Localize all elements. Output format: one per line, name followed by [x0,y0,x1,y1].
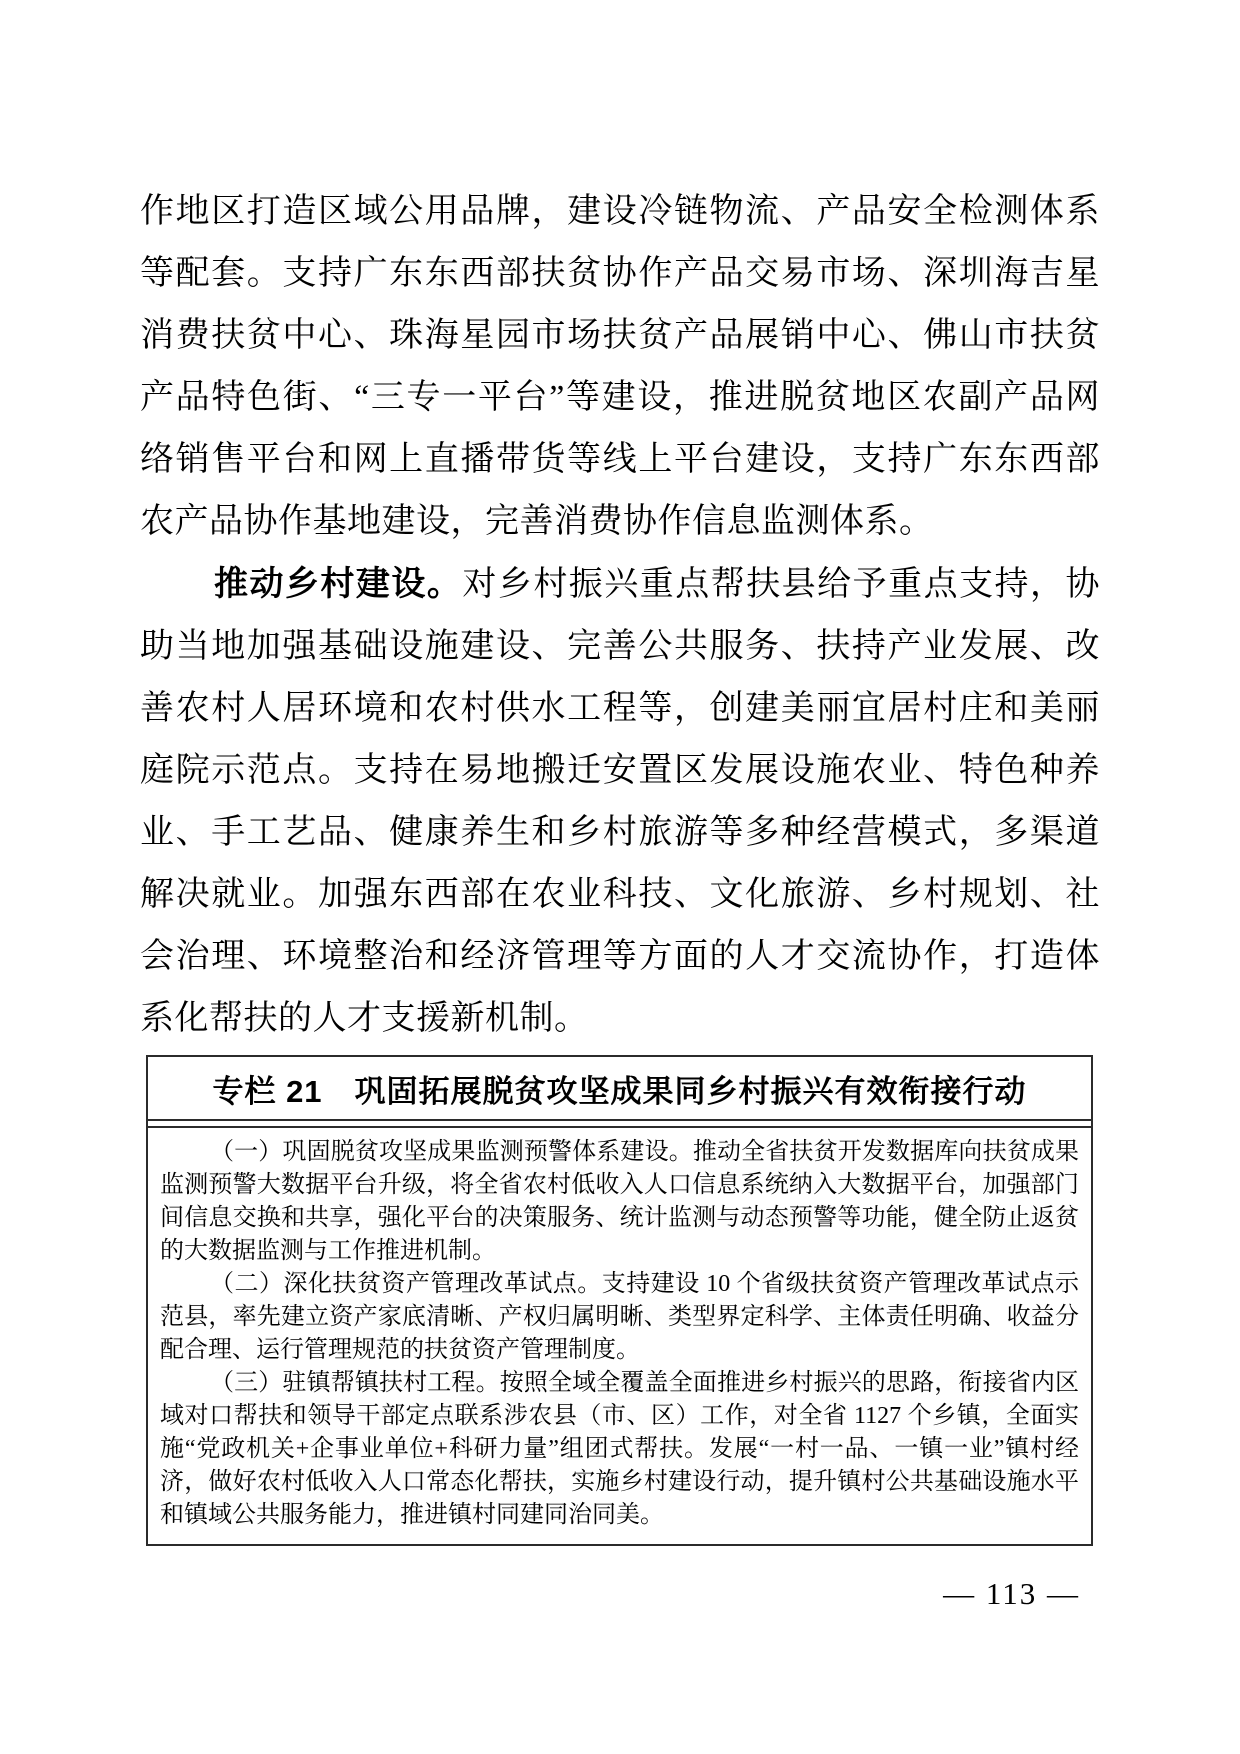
paragraph-body-text: 对乡村振兴重点帮扶县给予重点支持，协助当地加强基础设施建设、完善公共服务、扶持产… [140,566,1100,1037]
document-page: 作地区打造区域公用品牌，建设冷链物流、产品安全检测体系等配套。支持广东东西部扶贫… [0,0,1240,1754]
body-text-block: 作地区打造区域公用品牌，建设冷链物流、产品安全检测体系等配套。支持广东东西部扶贫… [140,181,1100,1050]
paragraph-lead-title: 推动乡村建设。 [214,565,462,603]
panel-item-1: （一）巩固脱贫攻坚成果监测预警体系建设。推动全省扶贫开发数据库向扶贫成果监测预警… [160,1136,1079,1268]
panel-box-21: 专栏 21 巩固拓展脱贫攻坚成果同乡村振兴有效衔接行动 （一）巩固脱贫攻坚成果监… [146,1055,1093,1546]
panel-body: （一）巩固脱贫攻坚成果监测预警体系建设。推动全省扶贫开发数据库向扶贫成果监测预警… [148,1126,1091,1544]
panel-item-3: （三）驻镇帮镇扶村工程。按照全域全覆盖全面推进乡村振兴的思路，衔接省内区域对口帮… [160,1367,1079,1532]
body-paragraph-continuation: 作地区打造区域公用品牌，建设冷链物流、产品安全检测体系等配套。支持广东东西部扶贫… [140,181,1100,553]
panel-title: 专栏 21 巩固拓展脱贫攻坚成果同乡村振兴有效衔接行动 [148,1057,1091,1121]
body-paragraph-rural-construction: 推动乡村建设。对乡村振兴重点帮扶县给予重点支持，协助当地加强基础设施建设、完善公… [140,553,1100,1050]
panel-item-2: （二）深化扶贫资产管理改革试点。支持建设 10 个省级扶贫资产管理改革试点示范县… [160,1268,1079,1367]
page-number: — 113 — [140,1576,1080,1612]
